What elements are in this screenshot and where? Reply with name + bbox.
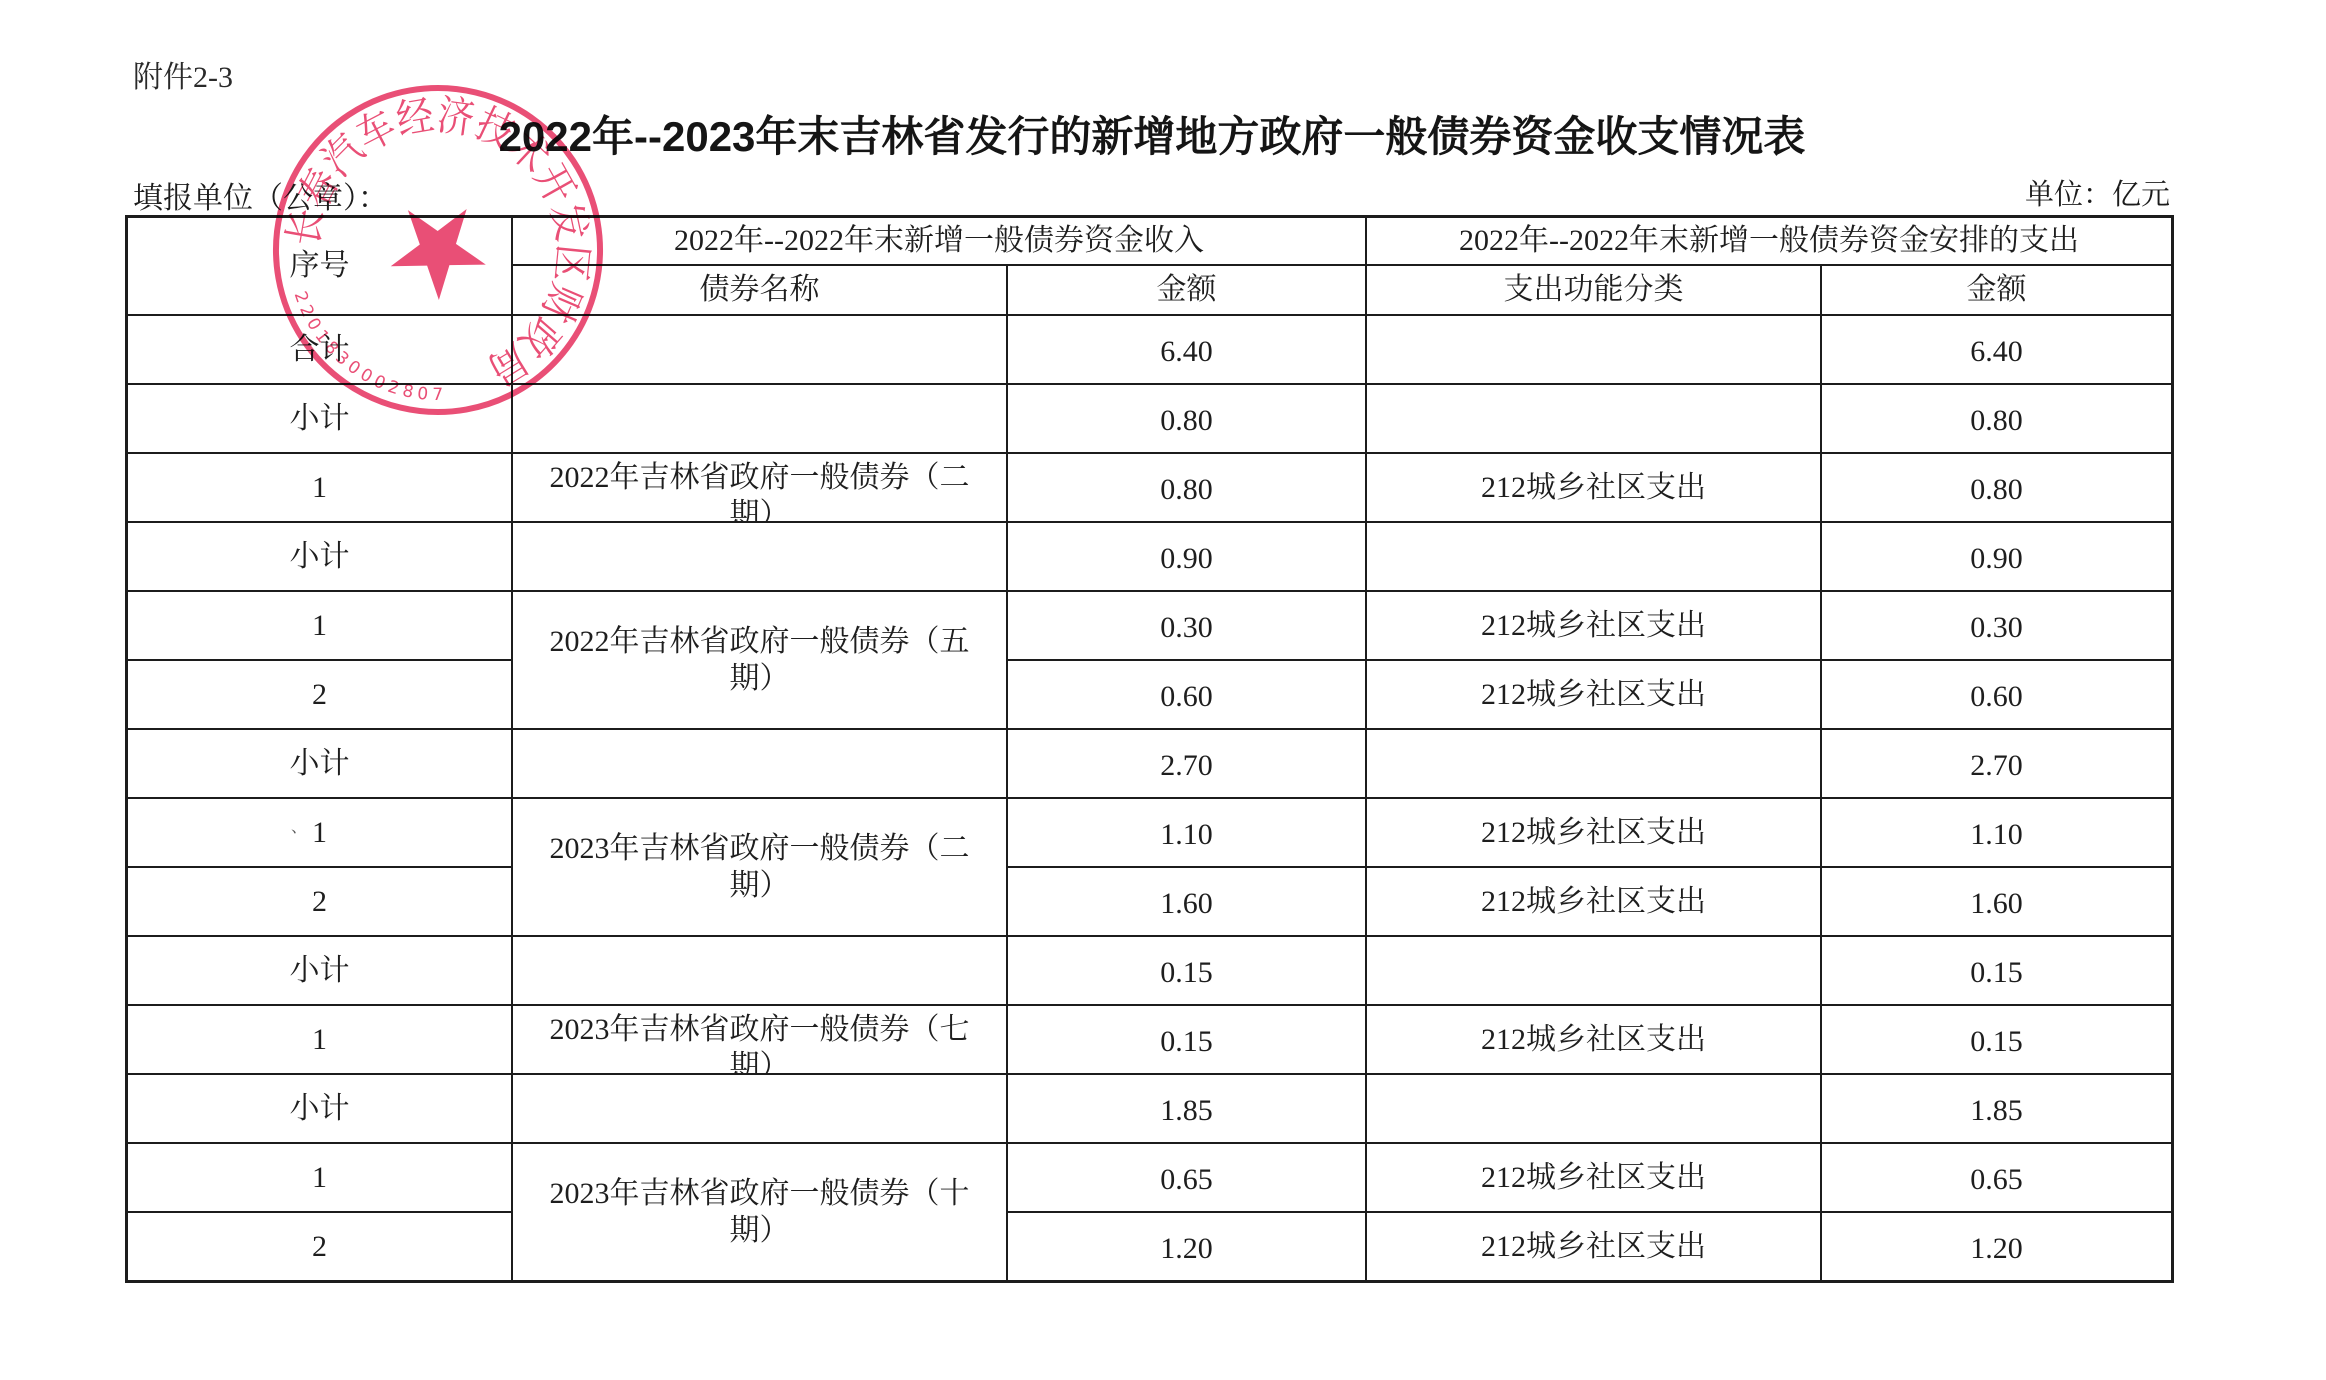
row-income-amount-cell: 1.10 — [1008, 799, 1365, 866]
row-seq-cell: 1 — [128, 1144, 511, 1211]
row-bond-name-cell: 2023年吉林省政府一般债券（二 期） — [513, 799, 1006, 935]
row-expense-category-cell: 212城乡社区支出 — [1367, 592, 1820, 659]
row-expense-amount-cell: 0.80 — [1822, 385, 2171, 452]
row-income-amount-cell: 0.60 — [1008, 661, 1365, 728]
bond-name-line-1: 2022年吉林省政府一般债券（二 — [550, 459, 970, 496]
bond-name-line-1: 2023年吉林省政府一般债券（二 — [550, 830, 970, 867]
row-seq-cell: 合计 — [128, 316, 511, 383]
row-expense-category-cell — [1367, 730, 1820, 797]
bond-name-line-1: 2023年吉林省政府一般债券（七 — [550, 1011, 970, 1048]
bond-name-line-2: 期） — [730, 867, 790, 904]
row-income-amount-cell: 0.80 — [1008, 385, 1365, 452]
row-seq-cell: 小计 — [128, 385, 511, 452]
row-seq-cell: 2 — [128, 661, 511, 728]
row-income-amount-cell: 0.65 — [1008, 1144, 1365, 1211]
bond-name-line-1: 2023年吉林省政府一般债券（十 — [550, 1175, 970, 1212]
row-expense-category-cell: 212城乡社区支出 — [1367, 1006, 1820, 1073]
row-seq-cell: 1 — [128, 454, 511, 521]
row-income-amount-cell: 0.80 — [1008, 454, 1365, 521]
header-income-group: 2022年--2022年末新增一般债券资金收入 — [513, 218, 1365, 264]
header-income-amount: 金额 — [1008, 266, 1365, 314]
row-expense-category-cell: 212城乡社区支出 — [1367, 661, 1820, 728]
row-expense-amount-cell: 0.60 — [1822, 661, 2171, 728]
row-expense-category-cell: 212城乡社区支出 — [1367, 1144, 1820, 1211]
row-seq-cell: 、 1 — [128, 799, 511, 866]
row-seq-cell: 小计 — [128, 523, 511, 590]
row-income-amount-cell: 6.40 — [1008, 316, 1365, 383]
row-seq-cell: 小计 — [128, 730, 511, 797]
bond-name-line-2: 期） — [730, 1212, 790, 1249]
row-bond-name-cell — [513, 523, 1006, 590]
row-seq-cell: 2 — [128, 1213, 511, 1280]
row-seq-value: 1 — [312, 815, 327, 851]
row-income-amount-cell: 0.30 — [1008, 592, 1365, 659]
row-expense-amount-cell: 0.80 — [1822, 454, 2171, 521]
row-expense-amount-cell: 0.65 — [1822, 1144, 2171, 1211]
row-bond-name-cell: 2023年吉林省政府一般债券（十 期） — [513, 1144, 1006, 1280]
row-income-amount-cell: 0.15 — [1008, 1006, 1365, 1073]
row-expense-category-cell — [1367, 385, 1820, 452]
row-seq-cell: 小计 — [128, 937, 511, 1004]
bond-name-line-2: 期） — [730, 496, 790, 521]
row-expense-amount-cell: 0.90 — [1822, 523, 2171, 590]
attachment-label: 附件2-3 — [133, 60, 233, 96]
filing-unit-label: 填报单位（公章）： — [133, 181, 388, 217]
row-expense-category-cell — [1367, 1075, 1820, 1142]
row-income-amount-cell: 0.90 — [1008, 523, 1365, 590]
row-expense-amount-cell: 2.70 — [1822, 730, 2171, 797]
row-bond-name-cell — [513, 730, 1006, 797]
row-income-amount-cell: 1.85 — [1008, 1075, 1365, 1142]
row-expense-category-cell — [1367, 523, 1820, 590]
bond-name-line-2: 期） — [730, 1048, 790, 1073]
row-bond-name-cell — [513, 316, 1006, 383]
row-bond-name-cell — [513, 937, 1006, 1004]
header-seq: 序号 — [128, 218, 511, 314]
unit-label: 单位：亿元 — [2025, 178, 2170, 212]
page-title: 2022年--2023年末吉林省发行的新增地方政府一般债券资金收支情况表 — [487, 112, 1817, 162]
row-seq-cell: 2 — [128, 868, 511, 935]
row-expense-amount-cell: 0.30 — [1822, 592, 2171, 659]
bond-fund-table: 序号 2022年--2022年末新增一般债券资金收入 2022年--2022年末… — [125, 215, 2174, 1283]
row-expense-category-cell: 212城乡社区支出 — [1367, 1213, 1820, 1280]
row-expense-amount-cell: 1.10 — [1822, 799, 2171, 866]
row-seq-cell: 小计 — [128, 1075, 511, 1142]
row-bond-name-cell — [513, 1075, 1006, 1142]
row-income-amount-cell: 2.70 — [1008, 730, 1365, 797]
row-bond-name-cell: 2023年吉林省政府一般债券（七 期） — [513, 1006, 1006, 1073]
row-income-amount-cell: 0.15 — [1008, 937, 1365, 1004]
row-income-amount-cell: 1.60 — [1008, 868, 1365, 935]
header-bond-name: 债券名称 — [513, 266, 1006, 314]
row-bond-name-cell: 2022年吉林省政府一般债券（五 期） — [513, 592, 1006, 728]
row-expense-amount-cell: 1.20 — [1822, 1213, 2171, 1280]
row-income-amount-cell: 1.20 — [1008, 1213, 1365, 1280]
row-expense-category-cell — [1367, 316, 1820, 383]
header-expense-amount: 金额 — [1822, 266, 2171, 314]
header-expense-category: 支出功能分类 — [1367, 266, 1820, 314]
bond-name-line-2: 期） — [730, 660, 790, 697]
row-expense-category-cell: 212城乡社区支出 — [1367, 799, 1820, 866]
row-expense-amount-cell: 0.15 — [1822, 937, 2171, 1004]
bond-name-line-1: 2022年吉林省政府一般债券（五 — [550, 623, 970, 660]
row-expense-category-cell: 212城乡社区支出 — [1367, 454, 1820, 521]
row-bond-name-cell — [513, 385, 1006, 452]
row-expense-category-cell: 212城乡社区支出 — [1367, 868, 1820, 935]
row-expense-amount-cell: 1.60 — [1822, 868, 2171, 935]
scan-mark: 、 — [291, 820, 307, 836]
row-seq-cell: 1 — [128, 1006, 511, 1073]
row-expense-amount-cell: 1.85 — [1822, 1075, 2171, 1142]
row-bond-name-cell: 2022年吉林省政府一般债券（二 期） — [513, 454, 1006, 521]
row-seq-cell: 1 — [128, 592, 511, 659]
header-expense-group: 2022年--2022年末新增一般债券资金安排的支出 — [1367, 218, 2171, 264]
row-expense-amount-cell: 6.40 — [1822, 316, 2171, 383]
row-expense-amount-cell: 0.15 — [1822, 1006, 2171, 1073]
row-expense-category-cell — [1367, 937, 1820, 1004]
